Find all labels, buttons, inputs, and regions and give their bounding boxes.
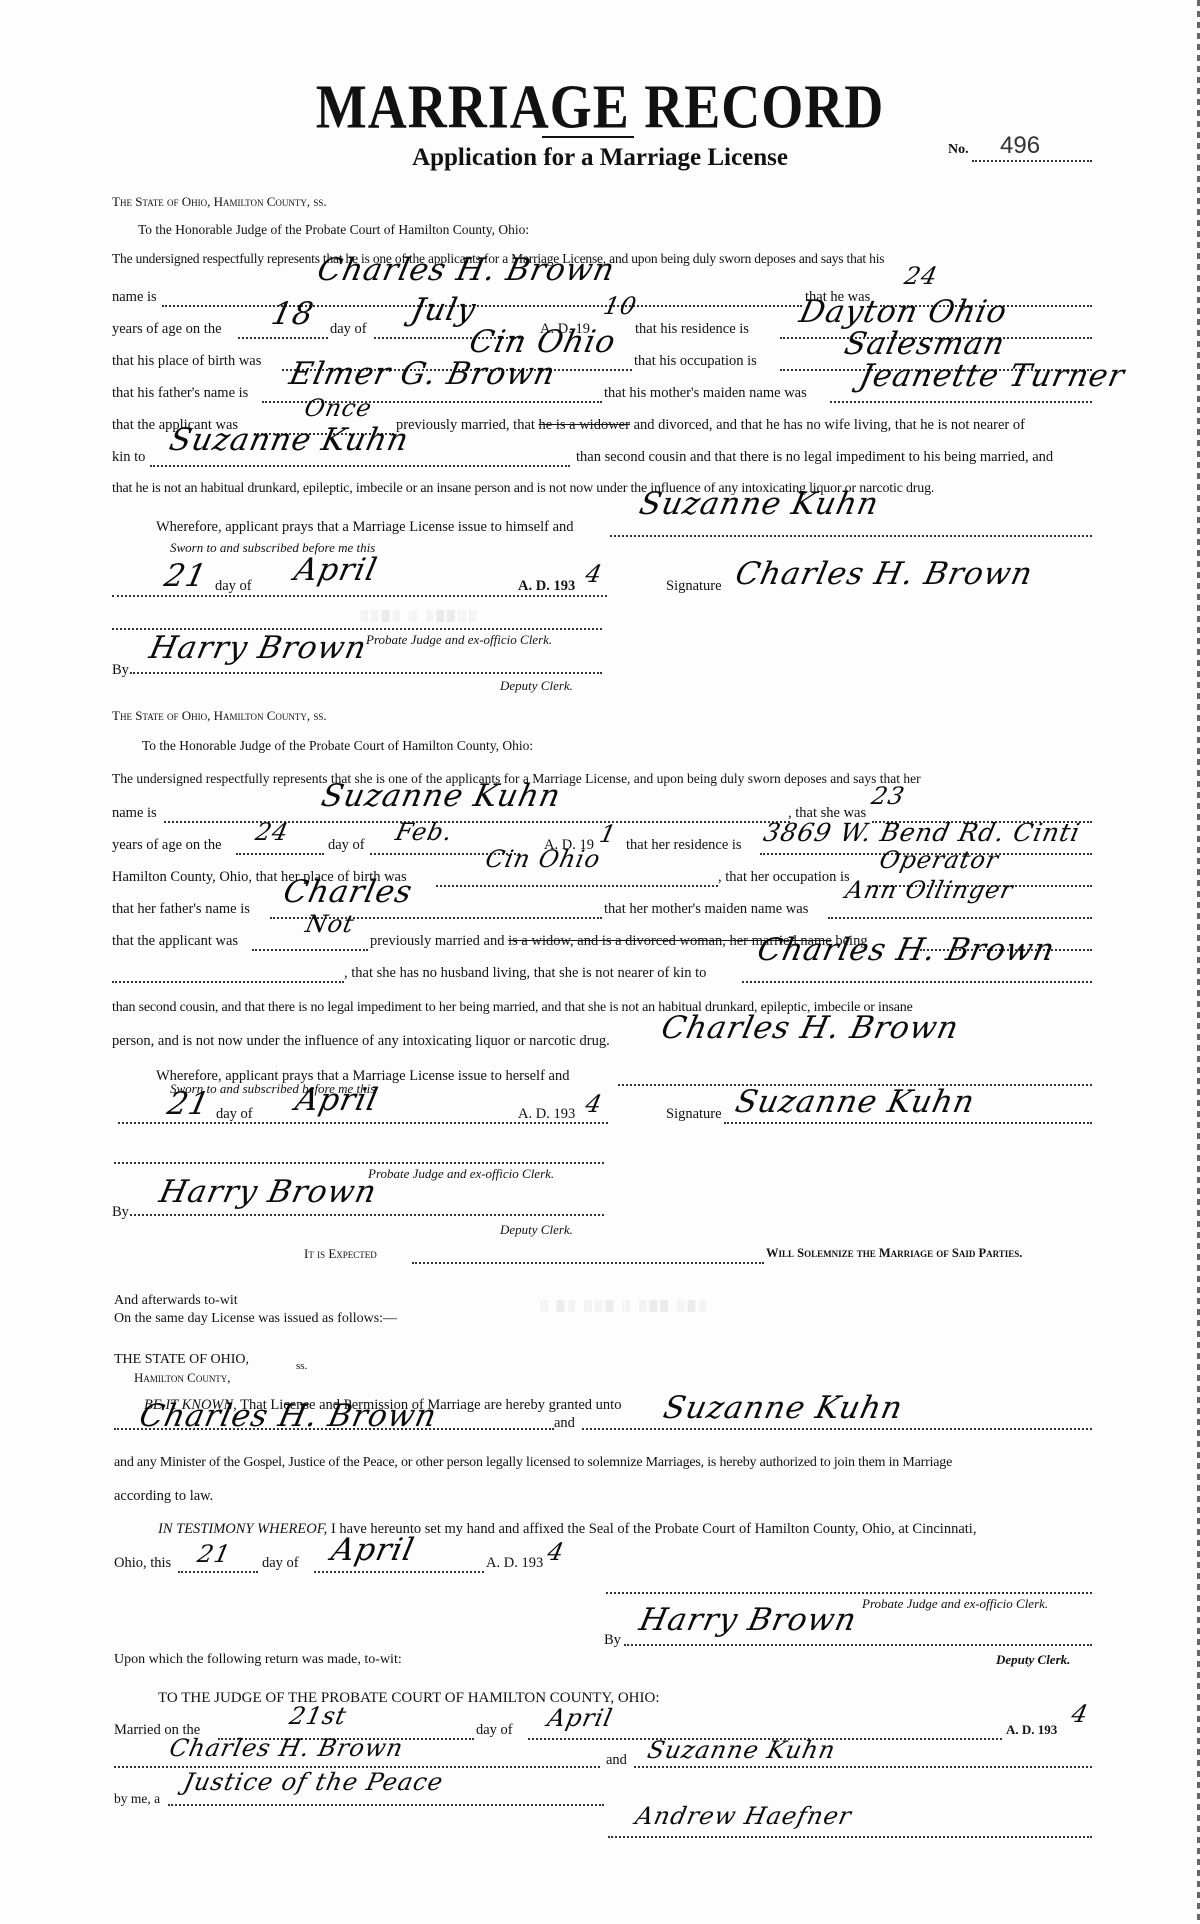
fill-line (238, 337, 328, 339)
bride-mother-label: that her mother's maiden name was (604, 901, 808, 918)
groom-deputy-signature: Harry Brown (146, 630, 370, 666)
bride-years-label: years of age on the (112, 837, 222, 854)
fill-line (828, 917, 1092, 919)
license-month: April (328, 1532, 418, 1568)
fill-line (724, 1122, 1092, 1124)
fill-line (610, 535, 1092, 537)
bride-father: Charles (280, 874, 416, 910)
groom-years-label: years of age on the (112, 321, 222, 338)
groom-birth-month: July (408, 292, 479, 328)
fill-line (168, 1804, 604, 1806)
bride-prev-label: that the applicant was (112, 933, 238, 950)
license-ad: A. D. 193 (486, 1555, 543, 1572)
return-bride: Suzanne Kuhn (645, 1736, 838, 1764)
record-number-label: No. (948, 142, 969, 158)
testimony-line: IN TESTIMONY WHEREOF, I have hereunto se… (158, 1521, 976, 1538)
fill-line (114, 1162, 604, 1164)
groom-by-label: By (112, 662, 129, 679)
license-deputy-label: Deputy Clerk. (996, 1652, 1070, 1668)
fill-line (742, 981, 1092, 983)
groom-name-label: name is (112, 289, 157, 306)
bride-day-of-label: day of (328, 837, 365, 854)
license-deputy-signature: Harry Brown (636, 1602, 860, 1638)
groom-prev-text-b: and divorced, and that he has no wife li… (634, 417, 1025, 433)
license-and: and (554, 1415, 575, 1432)
fill-line (412, 1262, 764, 1264)
return-month: April (545, 1704, 615, 1732)
fill-line (634, 1766, 1092, 1768)
groom-salutation: To the Honorable Judge of the Probate Co… (138, 222, 529, 238)
fill-line (436, 885, 718, 887)
fill-line (130, 1214, 604, 1216)
groom-kin: Suzanne Kuhn (166, 422, 412, 458)
return-and: and (606, 1752, 627, 1769)
bride-judge-label: Probate Judge and ex-officio Clerk. (368, 1166, 554, 1182)
fill-line (606, 1592, 1092, 1594)
return-groom: Charles H. Brown (167, 1734, 406, 1762)
groom-occupation-label: that his occupation is (634, 353, 757, 370)
groom-father: Elmer G. Brown (286, 356, 559, 392)
bride-deputy-signature: Harry Brown (156, 1174, 380, 1210)
groom-venue: The State of Ohio, Hamilton County, ss. (112, 194, 327, 210)
bride-prev-text-a: previously married and (370, 933, 505, 949)
groom-sworn-year: 4 (583, 560, 605, 588)
groom-prev-struck: he is a widower (539, 417, 630, 433)
fill-line (236, 853, 324, 855)
bride-father-label: that her father's name is (112, 901, 250, 918)
groom-mother: Jeanette Turner (856, 358, 1128, 394)
bride-signature-label: Signature (666, 1106, 722, 1123)
groom-residence: Dayton Ohio (796, 294, 1010, 330)
fill-line (112, 595, 607, 597)
groom-signature: Charles H. Brown (732, 556, 1036, 592)
bride-birth-year: 1 (597, 820, 619, 848)
return-intro: Upon which the following return was made… (114, 1652, 402, 1668)
return-ad: A. D. 193 (1006, 1722, 1057, 1738)
fill-line (178, 1571, 258, 1573)
bride-salutation: To the Honorable Judge of the Probate Co… (142, 738, 533, 754)
groom-name: Charles H. Brown (314, 252, 618, 288)
license-day-of: day of (262, 1555, 299, 1572)
officiant-signature: Andrew Haefner (633, 1802, 854, 1830)
groom-wherefore-name: Suzanne Kuhn (636, 486, 882, 522)
groom-deputy-label: Deputy Clerk. (500, 678, 573, 694)
groom-birthplace: Cin Ohio (466, 324, 619, 360)
license-according: according to law. (114, 1488, 213, 1505)
bride-by-label: By (112, 1204, 129, 1221)
license-ss: ss. (296, 1360, 307, 1372)
license-authority-text: and any Minister of the Gospel, Justice … (114, 1455, 952, 1471)
by-me-label: by me, a (114, 1791, 160, 1807)
testimony-text: I have hereunto set my hand and affixed … (331, 1521, 977, 1537)
groom-prev-text: previously married, that he is a widower… (396, 417, 1025, 434)
fill-line (314, 1571, 484, 1573)
groom-birth-day: 18 (268, 296, 317, 332)
bride-wherefore-name: Charles H. Brown (658, 1010, 962, 1046)
bride-birth-day: 24 (253, 818, 291, 846)
groom-sworn-month: April (291, 552, 381, 588)
bride-name-label: name is (112, 805, 157, 822)
afterwards-text: And afterwards to-wit (114, 1293, 238, 1309)
record-number-line (972, 160, 1092, 162)
bride-sworn-ad: A. D. 193 (518, 1106, 575, 1123)
groom-residence-label: that his residence is (635, 321, 749, 338)
groom-sworn-day: 21 (161, 558, 210, 594)
bride-residence: 3869 W. Bend Rd. Cinti (761, 818, 1083, 847)
groom-day-of-label: day of (330, 321, 367, 338)
return-year: 4 (1069, 1700, 1091, 1728)
license-day: 21 (195, 1540, 233, 1568)
bride-sworn-day: 21 (164, 1086, 213, 1122)
groom-sworn-day-of: day of (215, 578, 252, 595)
bride-mother: Ann Ollinger (843, 876, 1016, 904)
it-is-expected-label: It is Expected (304, 1246, 377, 1262)
bride-deputy-label: Deputy Clerk. (500, 1222, 573, 1238)
bride-name: Suzanne Kuhn (318, 778, 564, 814)
fill-line (162, 305, 802, 307)
officiant-title: Justice of the Peace (181, 1768, 446, 1796)
groom-birthplace-label: that his place of birth was (112, 353, 261, 370)
groom-prev-married: Once (302, 394, 375, 422)
groom-occupation: Salesman (841, 326, 1008, 362)
groom-kin-label: kin to (112, 449, 145, 466)
fill-line (252, 949, 368, 951)
license-county: Hamilton County, (134, 1370, 231, 1386)
fill-line (608, 1836, 1092, 1838)
groom-judge-label: Probate Judge and ex-officio Clerk. (366, 632, 552, 648)
groom-birth-year: 10 (601, 292, 639, 320)
will-solemnize-label: Will Solemnize the Marriage of Said Part… (766, 1246, 1022, 1261)
record-number: 496 (1000, 132, 1040, 160)
bride-kin: Charles H. Brown (754, 932, 1058, 968)
fill-line (582, 1428, 1092, 1430)
fill-line (624, 1644, 1092, 1646)
bride-husband-text: , that she has no husband living, that s… (344, 965, 706, 982)
faded-stamp: ░ ▒░ ░░▒ ░ ░▒▒ ░▒░ (540, 1300, 709, 1312)
groom-father-label: that his father's name is (112, 385, 248, 402)
ohio-this: Ohio, this (114, 1555, 171, 1572)
bride-sworn-month: April (292, 1082, 382, 1118)
bride-sworn-day-of: day of (216, 1106, 253, 1123)
bride-birth-month: Feb. (393, 818, 455, 846)
groom-wherefore-text: Wherefore, applicant prays that a Marria… (156, 519, 574, 536)
license-groom: Charles H. Brown (136, 1398, 440, 1434)
bride-birthplace: Cin Ohio (483, 845, 603, 873)
bride-sworn-year: 4 (583, 1090, 605, 1118)
groom-signature-label: Signature (666, 578, 722, 595)
bride-prev-married: Not (303, 910, 357, 938)
bride-person-text: person, and is not now under the influen… (112, 1033, 610, 1050)
fill-line (130, 672, 602, 674)
groom-age: 24 (902, 262, 940, 290)
title-rule (542, 136, 634, 138)
license-judge-label: Probate Judge and ex-officio Clerk. (862, 1596, 1048, 1612)
bride-occupation-label: , that her occupation is (718, 869, 850, 886)
bride-age: 23 (869, 782, 907, 810)
groom-prev-text-a: previously married, that (396, 417, 535, 433)
bride-signature: Suzanne Kuhn (732, 1084, 978, 1120)
testimony-lead: IN TESTIMONY WHEREOF, (158, 1521, 327, 1537)
license-bride: Suzanne Kuhn (660, 1390, 906, 1426)
return-day: 21st (287, 1702, 349, 1730)
fill-line (150, 465, 570, 467)
fill-line (112, 981, 344, 983)
license-by-label: By (604, 1632, 621, 1649)
faded-stamp: ░░▒░ ░ ░▒▒░░ (360, 610, 479, 622)
license-state: THE STATE OF OHIO, (114, 1352, 249, 1368)
bride-venue: The State of Ohio, Hamilton County, ss. (112, 708, 327, 724)
groom-mother-label: that his mother's maiden name was (604, 385, 807, 402)
bride-occupation: Operator (877, 846, 1002, 874)
groom-sworn-ad: A. D. 193 (518, 578, 575, 595)
license-year: 4 (545, 1538, 567, 1566)
same-day-text: On the same day License was issued as fo… (114, 1311, 397, 1327)
marriage-record-page: MARRIAGE RECORD Application for a Marria… (0, 0, 1200, 1924)
bride-residence-label: that her residence is (626, 837, 742, 854)
groom-kin-text: than second cousin and that there is no … (576, 449, 1053, 466)
return-day-of: day of (476, 1722, 513, 1739)
fill-line (830, 401, 1092, 403)
